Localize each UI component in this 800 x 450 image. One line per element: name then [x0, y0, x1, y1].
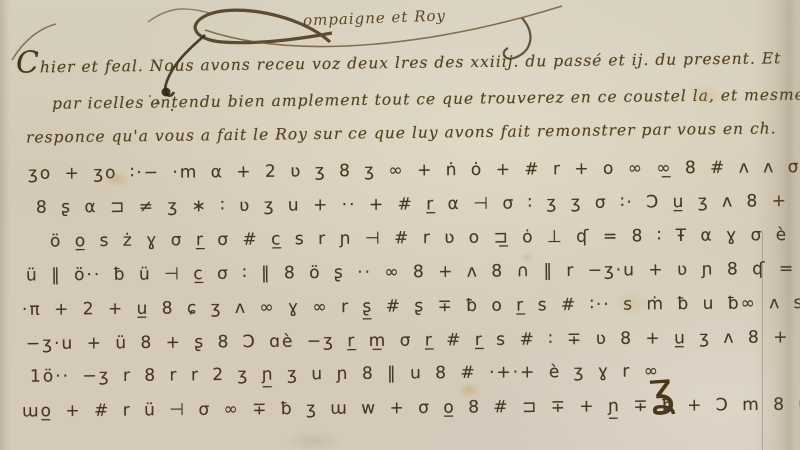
paper-stain	[458, 382, 480, 398]
body-line-1: Chier et feal. Nous avons receu voz deux…	[16, 49, 782, 76]
large-cipher-flourish-glyph: ʓ	[646, 361, 676, 417]
cipher-line-7: 1ö·· −ʒ r 8 r r 2 ʒ ɲ̲ ʒ u ɲ 8 ‖ u 8 # ·…	[30, 361, 660, 386]
docket-text: ompaigne et Roy	[303, 7, 447, 30]
cipher-line-3: ö o̲ s ż ɣ σ r̲ σ # c̲ s r ɲ ⊣ # r ʋ o ⊐…	[50, 225, 800, 252]
manuscript-page: ompaigne et Roy Chier et feal. Nous avon…	[0, 0, 800, 450]
cipher-line-5: ·π + 2 + u̲ 8 ɕ ʒ ʌ ∞ ɣ ∞ r ʂ̲ # ʂ ∓ ƀ o…	[22, 292, 800, 320]
body-line-2: par icelles entendu bien amplement tout …	[52, 85, 800, 113]
cipher-line-8: ɯo̲ + # r ü ⊣ σ ∞ ∓ ƀ ʒ ɯ w + σ o̲ 8 # ⊐…	[22, 395, 800, 422]
cipher-line-6: −ʒ·u + ü 8 + ʂ 8 Ɔ ɑè −ʒ r̲ m̲ σ r̲ # r̲…	[26, 326, 800, 354]
paper-edge-left	[0, 0, 10, 450]
cipher-line-1: ʒo + ʒo ∶·− ·m α + 2 ʋ ʒ 8 ʒ ∞ + ṅ ȯ + #…	[28, 156, 800, 184]
body-line-3: responce qu'a vous a fait le Roy sur ce …	[26, 119, 777, 146]
paper-stain	[284, 430, 344, 450]
cipher-line-4: ü ‖ ö·· ƀ ü ⊣ c̲ σ ∶ ‖ 8 ö ʂ ·· ∞ 8 + ʌ …	[26, 258, 800, 285]
cipher-line-2: 8 ʂ α ⊐ ≠ ʒ ∗ ∶ ʋ ʒ u + ·· + # r̲ α ⊣ σ …	[36, 190, 800, 217]
